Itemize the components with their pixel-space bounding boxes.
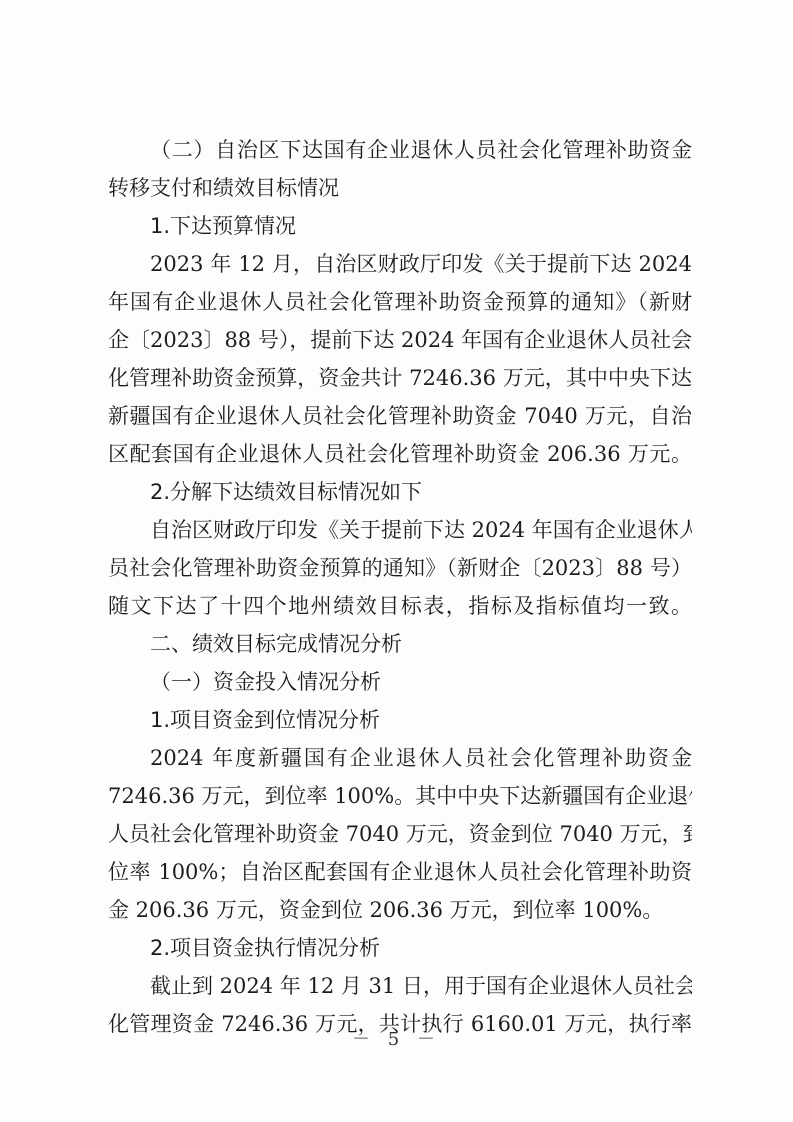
paragraph-line: 位率 100%；自治区配套国有企业退休人员社会化管理补助资 [108, 853, 692, 891]
subheading-funds-arrival: 1.项目资金到位情况分析 [150, 701, 692, 739]
paragraph-line: 金 206.36 万元，资金到位 206.36 万元，到位率 100%。 [108, 891, 692, 929]
page-number: － 5 － [0, 1025, 793, 1051]
paragraph-line: 区配套国有企业退休人员社会化管理补助资金 206.36 万元。 [108, 435, 692, 473]
paragraph-line: 员社会化管理补助资金预算的通知》（新财企〔2023〕88 号） [108, 549, 692, 587]
paragraph-line: 人员社会化管理补助资金 7040 万元，资金到位 7040 万元，到 [108, 815, 692, 853]
paragraph-line: 年国有企业退休人员社会化管理补助资金预算的通知》（新财 [108, 283, 692, 321]
paragraph-line: 截止到 2024 年 12 月 31 日，用于国有企业退休人员社会 [150, 967, 692, 1005]
subheading-budget: 1.下达预算情况 [150, 207, 692, 245]
section-heading-2: （二）自治区下达国有企业退休人员社会化管理补助资金 [150, 131, 692, 169]
subheading-funds-execution: 2.项目资金执行情况分析 [150, 929, 692, 967]
subheading-investment: （一）资金投入情况分析 [150, 663, 692, 701]
paragraph-line: 2023 年 12 月，自治区财政厅印发《关于提前下达 2024 [150, 245, 692, 283]
section-heading-completion: 二、绩效目标完成情况分析 [150, 625, 692, 663]
paragraph-line: 7246.36 万元，到位率 100%。其中中央下达新疆国有企业退休 [108, 777, 692, 815]
section-heading-2-cont: 转移支付和绩效目标情况 [108, 169, 692, 207]
paragraph-line: 化管理补助资金预算，资金共计 7246.36 万元，其中中央下达 [108, 359, 692, 397]
paragraph-line: 自治区财政厅印发《关于提前下达 2024 年国有企业退休人 [150, 511, 692, 549]
document-page: （二）自治区下达国有企业退休人员社会化管理补助资金 转移支付和绩效目标情况 1.… [0, 0, 793, 1122]
paragraph-line: 企〔2023〕88 号），提前下达 2024 年国有企业退休人员社会 [108, 321, 692, 359]
paragraph-line: 新疆国有企业退休人员社会化管理补助资金 7040 万元，自治 [108, 397, 692, 435]
paragraph-line: 2024 年度新疆国有企业退休人员社会化管理补助资金 [150, 739, 692, 777]
subheading-targets: 2.分解下达绩效目标情况如下 [150, 473, 692, 511]
paragraph-line: 随文下达了十四个地州绩效目标表，指标及指标值均一致。 [108, 587, 692, 625]
